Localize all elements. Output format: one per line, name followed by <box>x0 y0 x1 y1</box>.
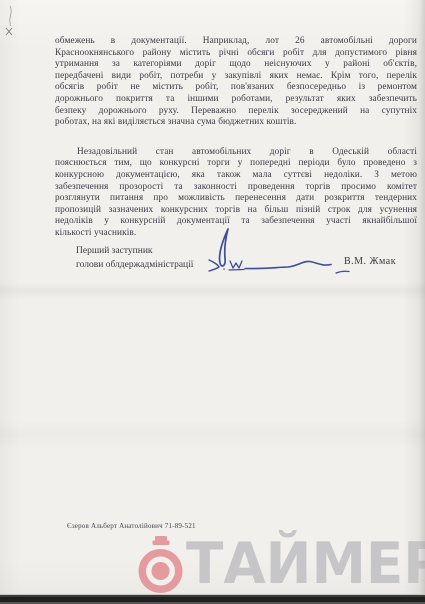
pen-mark <box>2 4 22 38</box>
text-line: пояснюється тим, що конкурсні торги у по… <box>55 158 417 170</box>
text-line: передбачені види робіт, потреби у закупі… <box>55 71 417 83</box>
text-line: обсягів робіт не містить робіт, пов'язан… <box>55 82 417 94</box>
scan-bottom-edge <box>0 594 425 604</box>
signature <box>200 224 370 282</box>
text-line: роботах, на які виділяється значна сума … <box>55 117 417 129</box>
text-line: утримання за категоріями доріг щодо неіс… <box>55 59 417 71</box>
stopwatch-icon <box>138 536 184 594</box>
text-line: дорожнього покриття та іншими роботами, … <box>55 94 417 106</box>
document-body: обмежень в документації. Наприклад, лот … <box>55 36 417 240</box>
text-line: безпеку дорожнього руху. Переважно перел… <box>55 106 417 118</box>
paper-crease <box>0 420 425 450</box>
text-line: розглянути питання про можливість перене… <box>55 193 417 205</box>
signer-name: В.М. Жмак <box>344 256 396 267</box>
text-line: пропозицій зазначених конкурсних торгів … <box>55 205 417 217</box>
signer-block: Перший заступник голови облдержадміністр… <box>76 245 193 272</box>
text-line: обмежень в документації. Наприклад, лот … <box>55 36 417 48</box>
scan-edge-shadow <box>419 0 425 604</box>
paper-crease <box>0 282 425 300</box>
contact-footnote: Єзеров Альберт Анатолійович 71-89-521 <box>67 522 196 530</box>
text-line: Красноокнянського району містить річні о… <box>55 48 417 60</box>
scanned-document-page: обмежень в документації. Наприклад, лот … <box>0 0 425 604</box>
watermark-text: ТАЙМЕР <box>186 536 425 593</box>
text-line: конкурсною документацією, яка також мала… <box>55 170 417 182</box>
text-line: забезпечення прозорості та законності пр… <box>55 182 417 194</box>
paragraph: обмежень в документації. Наприклад, лот … <box>55 36 417 129</box>
signer-title-line1: Перший заступник <box>76 245 193 259</box>
signer-title-line2: голови облдержадміністрації <box>76 259 193 273</box>
text-line: Незадовільний стан автомобільних доріг в… <box>55 147 417 159</box>
